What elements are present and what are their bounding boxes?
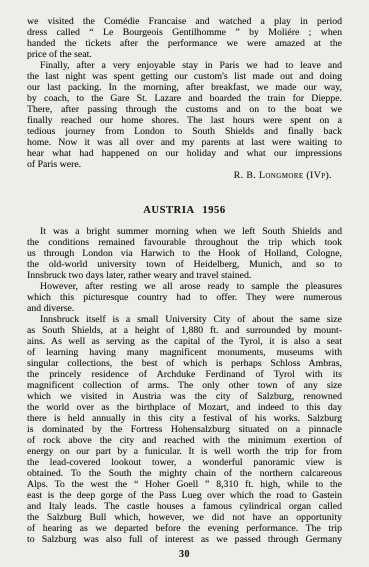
text-line: There, after passing through the customs… — [27, 104, 342, 115]
text-line: us through London via Harwich to the Hoo… — [27, 248, 342, 259]
text-line: there is held annually in this city a fe… — [27, 413, 342, 424]
text-line: by coach, to the Gare St. Lazare and boa… — [27, 93, 342, 104]
paragraph-journey-home: Finally, after a very enjoyable stay in … — [27, 60, 342, 170]
text-line: the old-world university town of Heidelb… — [27, 259, 342, 270]
text-line: which we visited in Austria was the city… — [27, 391, 342, 402]
text-line: Innsbruck itself is a small University C… — [27, 314, 342, 325]
text-line: price of the seat. — [27, 49, 342, 60]
text-line: tedious journey from London to South Shi… — [27, 126, 342, 137]
text-line: Innsbruck two days later, rather weary a… — [27, 270, 342, 281]
text-line: obtained. To the South the mighty chain … — [27, 468, 342, 479]
text-line: the princely residence of Archduke Ferdi… — [27, 369, 342, 380]
text-line: singular collections, the best of which … — [27, 358, 342, 369]
text-line: of Paris were. — [27, 159, 342, 170]
text-line: the Salzburg Bull which, however, we did… — [27, 512, 342, 523]
paragraph-paris-play: we visited the Comédie Francaise and wat… — [27, 16, 342, 60]
text-line: and diverse. — [27, 303, 342, 314]
text-line: of learning having many magnificent monu… — [27, 347, 342, 358]
text-line: Alps. To the west the “ Hoher Goell ” 8,… — [27, 479, 342, 490]
text-line: of hearing as we departed before the eve… — [27, 523, 342, 534]
paragraph-resting: However, after resting we all arose read… — [27, 281, 342, 314]
scanned-book-page: we visited the Comédie Francaise and wat… — [0, 0, 369, 567]
section-heading: AUSTRIA 1956 — [27, 205, 342, 216]
text-line: the conditions remained favourable throu… — [27, 237, 342, 248]
text-line: dress called “ Le Bourgeois Gentilhomme … — [27, 27, 342, 38]
text-line: However, after resting we all arose read… — [27, 281, 342, 292]
text-line: the world over as the birthplace of Moza… — [27, 402, 342, 413]
text-line: we visited the Comédie Francaise and wat… — [27, 16, 342, 27]
text-line: home. Now it was all over and my parents… — [27, 137, 342, 148]
text-line: east is the deep gorge of the Pass Lueg … — [27, 490, 342, 501]
text-line: energy on our part by a funicular. It is… — [27, 446, 342, 457]
text-line: to Salzburg was also full of interest as… — [27, 534, 342, 545]
text-line: of rock above the city and reached with … — [27, 435, 342, 446]
text-line: hear what had happened on our holiday an… — [27, 148, 342, 159]
text-line: the last night was spent getting our cus… — [27, 71, 342, 82]
text-line: Finally, after a very enjoyable stay in … — [27, 60, 342, 71]
page-number: 30 — [27, 549, 342, 560]
text-line: ains. As well as serving as the capital … — [27, 336, 342, 347]
text-line: It was a bright summer morning when we l… — [27, 226, 342, 237]
text-line: as South Shields, at a height of 1,880 f… — [27, 325, 342, 336]
text-line: finally reached our home shores. The las… — [27, 115, 342, 126]
text-line: and Italy leads. The castle houses a fam… — [27, 501, 342, 512]
paragraph-innsbruck-salzburg: Innsbruck itself is a small University C… — [27, 314, 342, 545]
text-line: our last packing. In the morning, after … — [27, 82, 342, 93]
author-signature: R. B. Longmore (IVp). — [27, 170, 342, 181]
text-line: the lead-covered lookout tower, a wonder… — [27, 457, 342, 468]
text-line: is dominated by the Fortress Hohensalzbu… — [27, 424, 342, 435]
text-line: handed the tickets after the performance… — [27, 38, 342, 49]
text-line: magnificent collection of arms. The only… — [27, 380, 342, 391]
text-column: we visited the Comédie Francaise and wat… — [27, 16, 342, 560]
paragraph-departure: It was a bright summer morning when we l… — [27, 226, 342, 281]
text-line: which this picturesque country had to of… — [27, 292, 342, 303]
